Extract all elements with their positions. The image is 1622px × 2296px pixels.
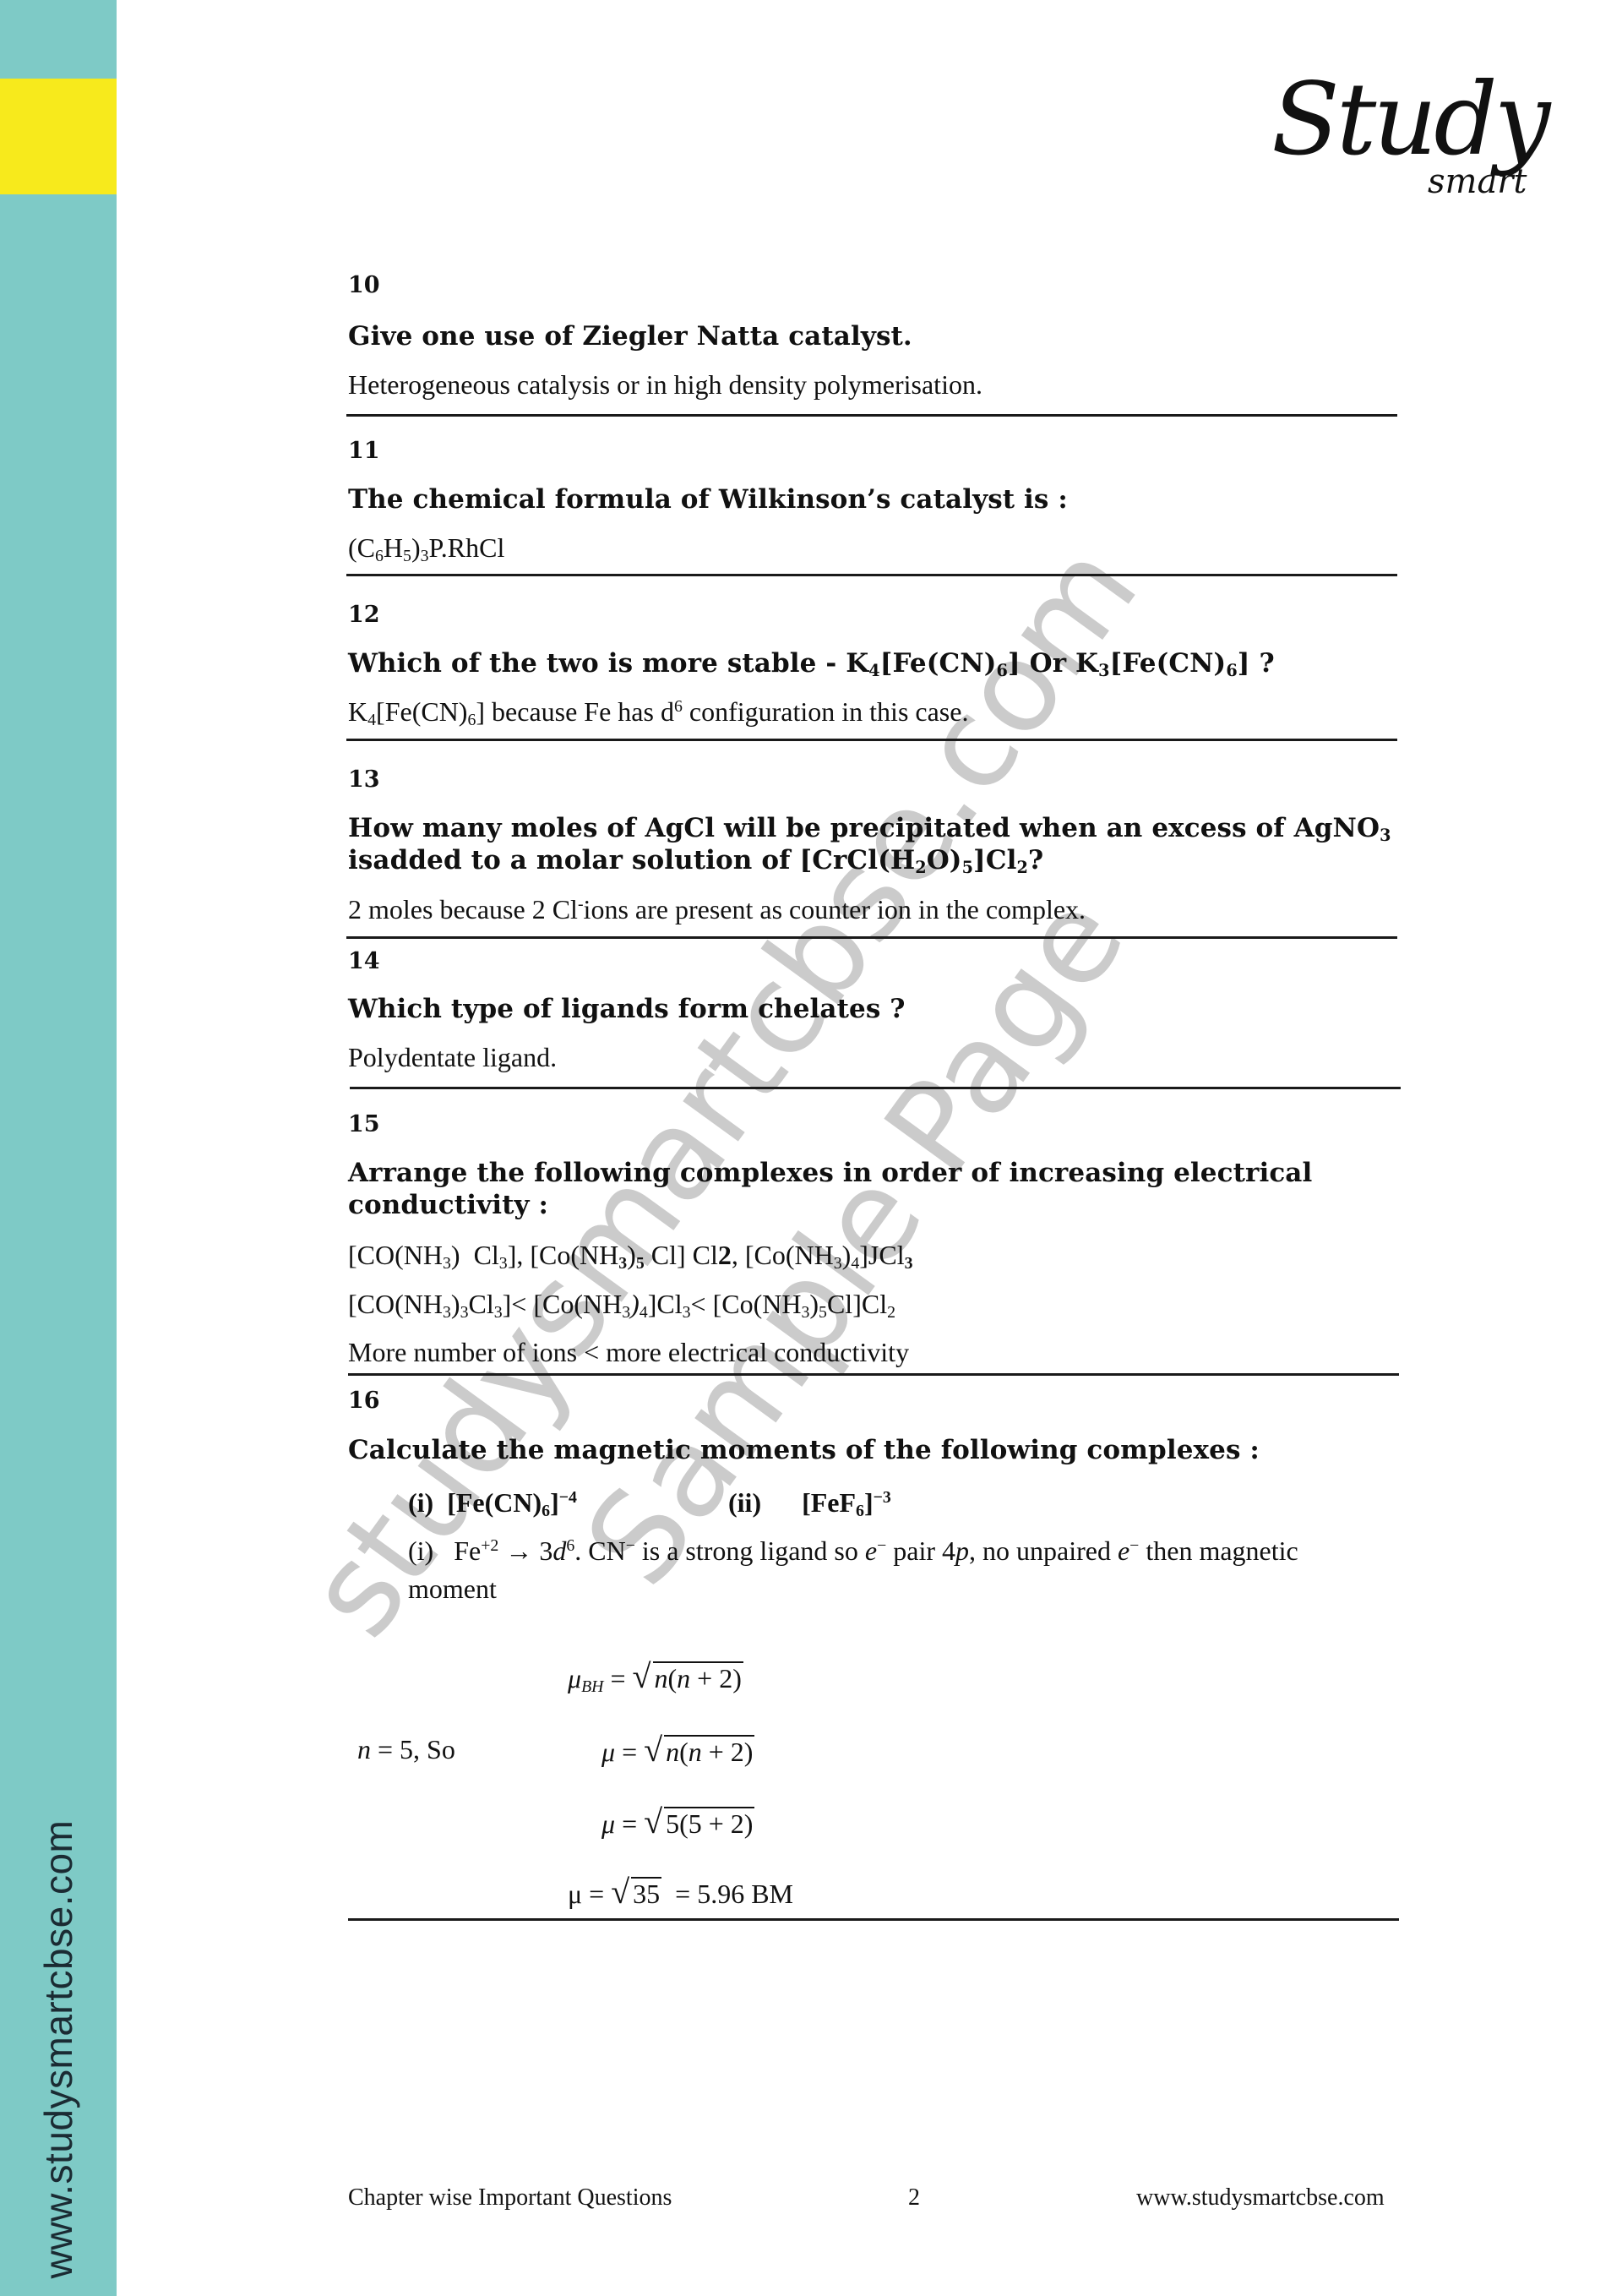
question-number: 12 (348, 602, 380, 628)
answer-text: 2 moles because 2 Cl-ions are present as… (348, 894, 1086, 925)
question-text-line1: Arrange the following complexes in order… (348, 1158, 1312, 1188)
question-text-line1: How many moles of AgCl will be precipita… (348, 813, 1391, 843)
divider (350, 1087, 1401, 1089)
page-content: 10 Give one use of Ziegler Natta catalys… (0, 0, 1622, 2296)
footer-chapter-label: Chapter wise Important Questions (348, 2184, 672, 2211)
math-line-3: μ = √5(5 + 2) (601, 1802, 754, 1841)
magnetic-moment-result: 5.96 BM (697, 1879, 793, 1909)
divider (348, 1918, 1399, 1921)
divider (346, 414, 1397, 417)
question-text: Which of the two is more stable - K4[Fe(… (348, 648, 1275, 679)
question-number: 10 (348, 272, 380, 298)
question-text-line2: conductivity : (348, 1190, 548, 1220)
divider (348, 1373, 1399, 1376)
question-text-line2: isadded to a molar solution of [CrCl(H2O… (348, 845, 1043, 875)
question-text: Which type of ligands form chelates ? (348, 994, 906, 1024)
question-text: Calculate the magnetic moments of the fo… (348, 1435, 1260, 1465)
math-condition: n = 5, So (357, 1734, 455, 1765)
part-ii-formula: (ii) [FeF6]−3 (728, 1487, 891, 1519)
divider (346, 739, 1397, 741)
answer-line-order: [CO(NH3)3Cl3]< [Co(NH3)4]Cl3< [Co(NH3)5C… (348, 1289, 895, 1320)
question-text: Give one use of Ziegler Natta catalyst. (348, 321, 912, 352)
question-number: 13 (348, 766, 380, 793)
answer-line-reason: More number of ions < more electrical co… (348, 1337, 909, 1368)
answer-formula: (C6H5)3P.RhCl (348, 532, 504, 564)
question-number: 11 (348, 438, 380, 464)
math-line-2: μ = √n(n + 2) (601, 1730, 754, 1770)
footer-page-number: 2 (908, 2184, 920, 2211)
answer-line-complexes: [CO(NH3) Cl3], [Co(NH3)5 Cl] Cl2, [Co(NH… (348, 1240, 913, 1271)
explanation-text: (i) Fe+2 → 3d6. CN− is a strong ligand s… (408, 1535, 1298, 1567)
divider (346, 936, 1397, 939)
answer-text: Polydentate ligand. (348, 1042, 557, 1073)
answer-text: Heterogeneous catalysis or in high densi… (348, 369, 982, 401)
divider (346, 574, 1397, 576)
question-number: 14 (348, 948, 380, 974)
question-text: The chemical formula of Wilkinson’s cata… (348, 484, 1068, 515)
question-number: 15 (348, 1111, 380, 1137)
part-i-formula: (i) [Fe(CN)6]−4 (408, 1487, 577, 1519)
answer-text: K4[Fe(CN)6] because Fe has d6 configurat… (348, 696, 968, 728)
math-line-4-result: μ = √35 = 5.96 BM (568, 1872, 793, 1912)
question-number: 16 (348, 1388, 380, 1414)
math-line-1: μBH = √n(n + 2) (568, 1656, 743, 1696)
explanation-text-cont: moment (408, 1573, 497, 1605)
footer-website: www.studysmartcbse.com (1136, 2184, 1385, 2211)
